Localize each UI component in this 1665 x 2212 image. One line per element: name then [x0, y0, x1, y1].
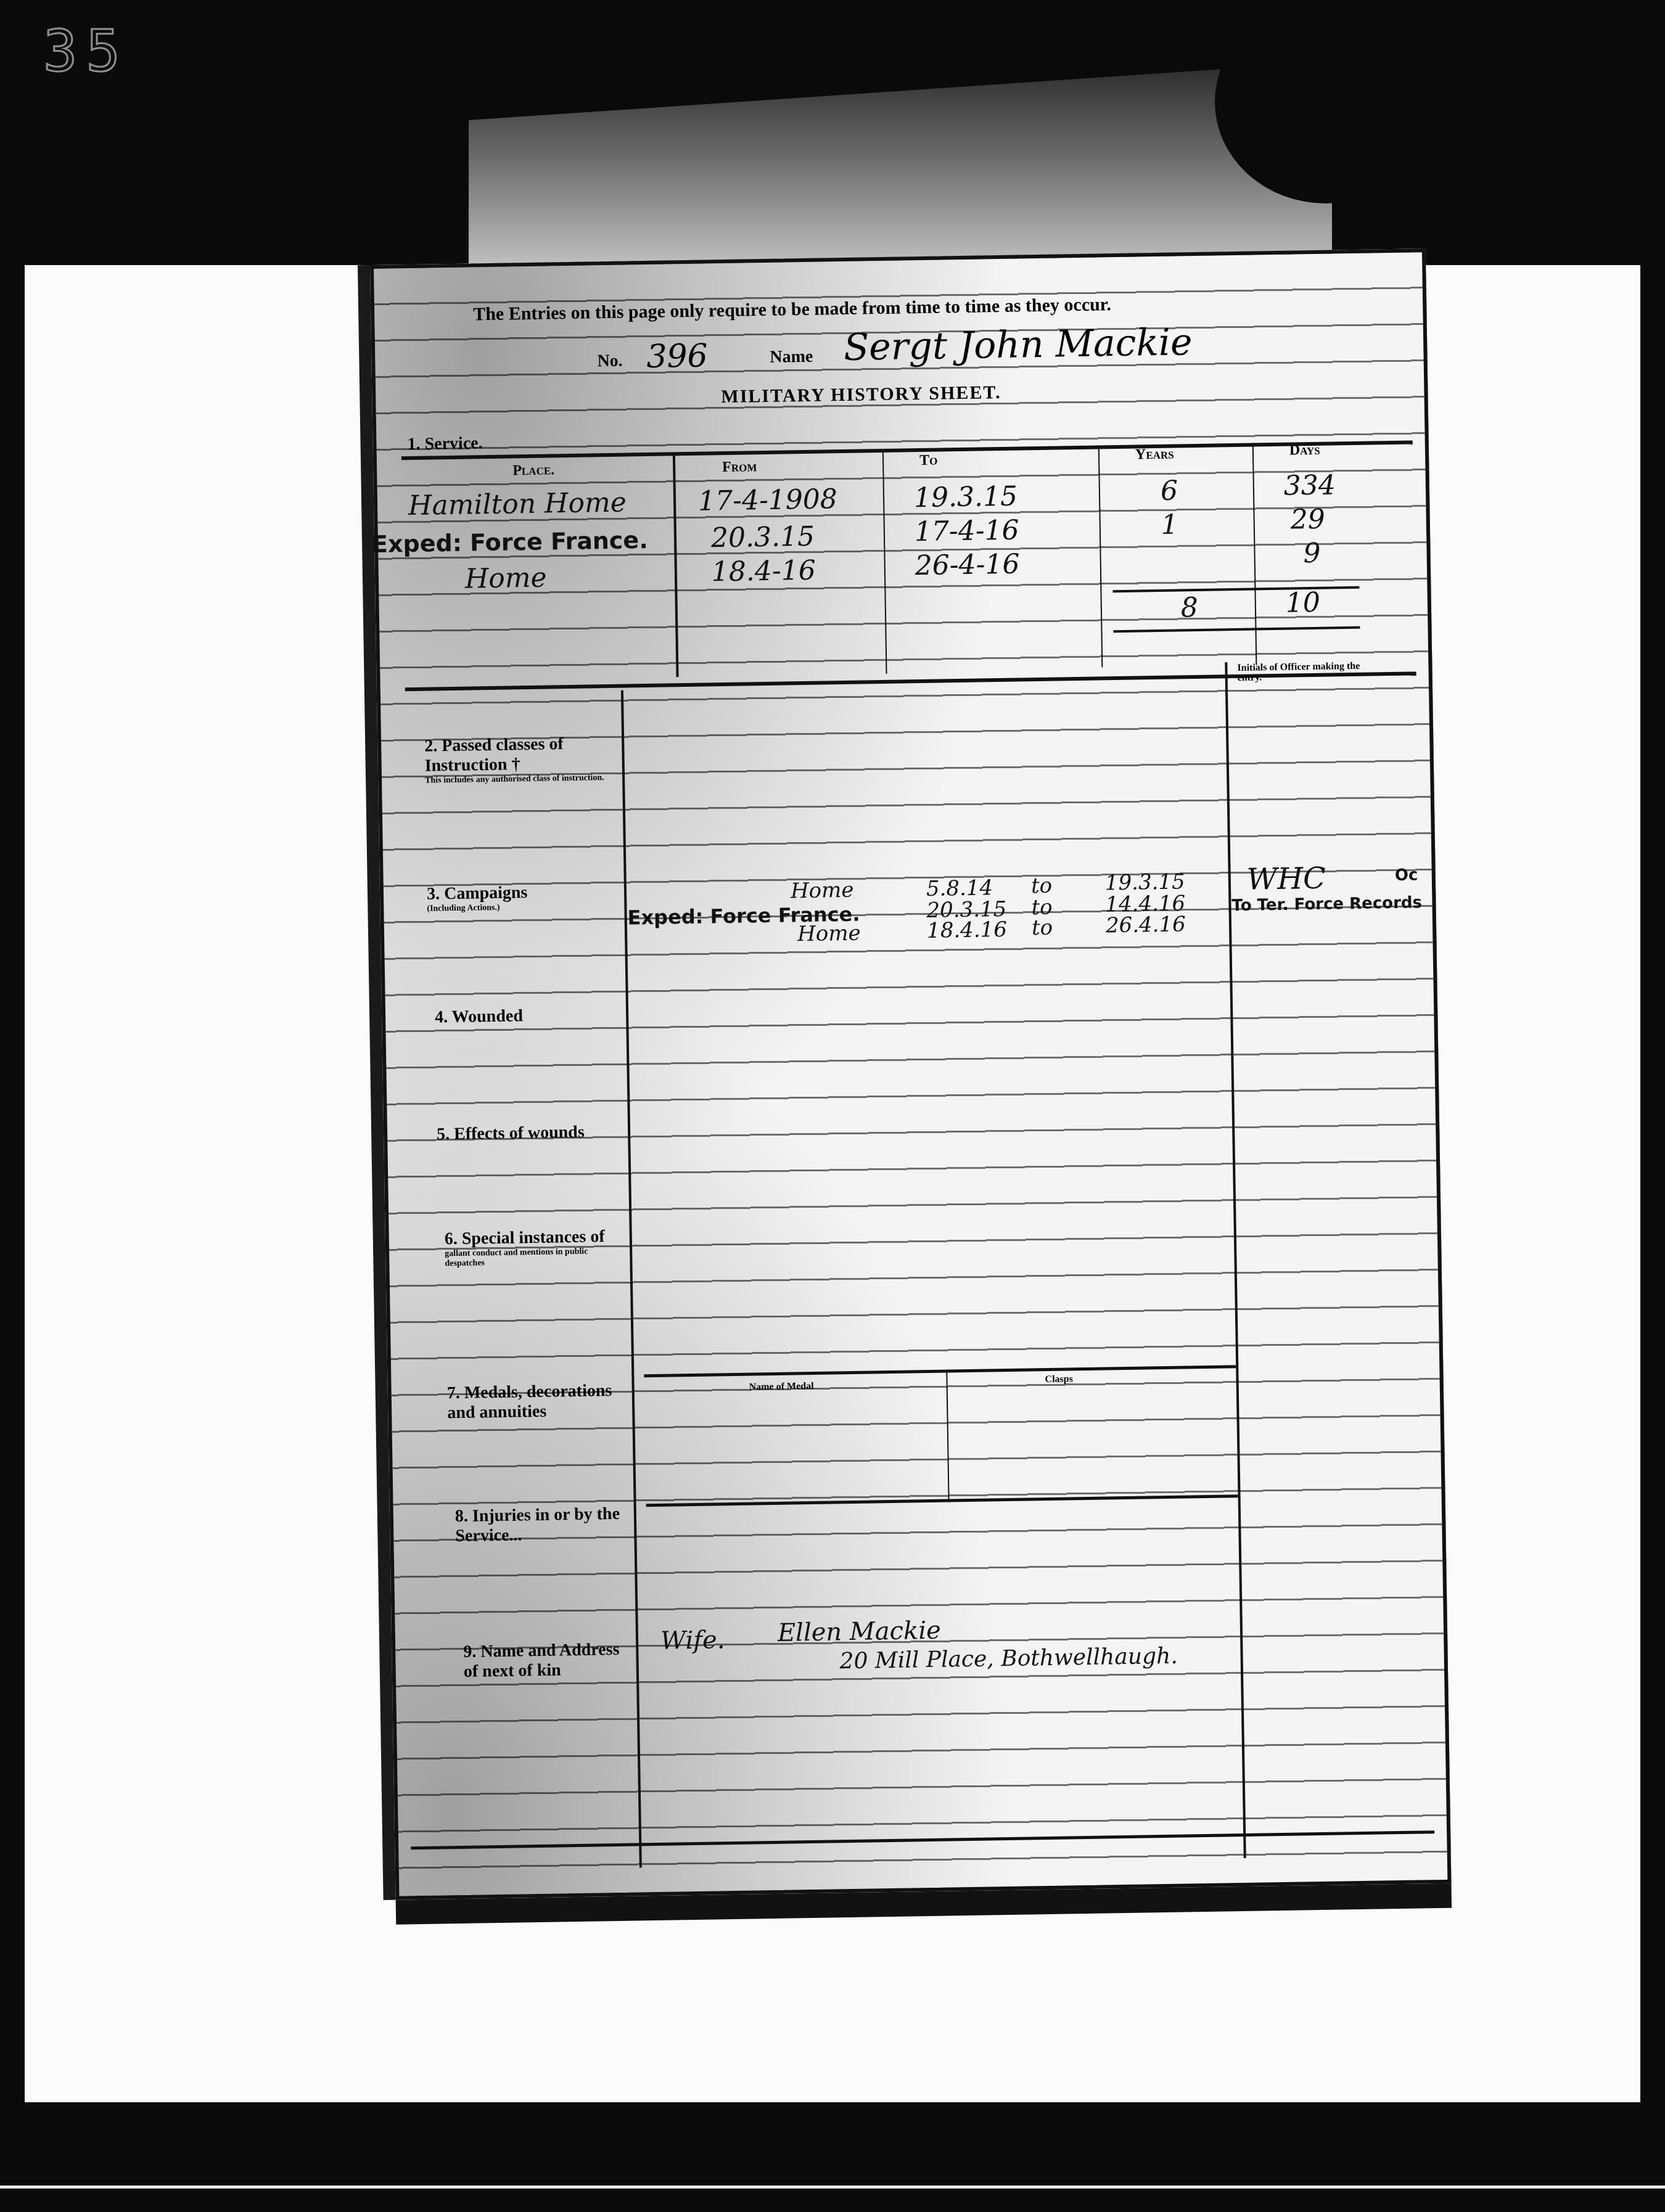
section-special-instances: 6. Special instances of gallant conduct … [445, 1227, 630, 1269]
to-date: 19.3.15 [914, 481, 1018, 514]
service-number: 396 [646, 337, 708, 375]
initials-header: Initials of Officer making the entry. [1237, 662, 1360, 683]
section-next-of-kin: 9. Name and Address of next of kin [463, 1640, 630, 1682]
ter-force-records-stamp: To Ter. Force Records [1231, 893, 1422, 915]
place: Hamilton Home [408, 487, 627, 522]
section-campaigns: 3. Campaigns (Including Actions.) [427, 882, 612, 914]
col-divider [1098, 445, 1103, 667]
medals-col-divider [946, 1373, 949, 1502]
number-label: No. [597, 351, 623, 372]
total-rule [1112, 586, 1359, 592]
sheet-bottom-rule [411, 1830, 1434, 1849]
kin-relation: Wife. [660, 1626, 725, 1655]
days: 334 [1283, 469, 1336, 501]
total-years: 8 [1180, 592, 1198, 623]
col-years: Years [1135, 446, 1174, 464]
col-to: To [919, 453, 938, 469]
section-label: 2. Passed classes of Instruction † [424, 734, 564, 776]
total-days: 10 [1285, 587, 1320, 619]
section-medals: 7. Medals, decorations and annuities [447, 1381, 627, 1423]
days: 9 [1303, 538, 1321, 569]
section-injuries: 8. Injuries in or by the Service... [455, 1504, 628, 1547]
label-column-divider [621, 690, 642, 1868]
military-history-sheet: The Entries on this page only require to… [370, 248, 1451, 1900]
medals-table-top [644, 1365, 1236, 1377]
years: 1 [1161, 509, 1178, 540]
col-divider [882, 452, 887, 674]
years: 6 [1161, 475, 1178, 506]
col-divider [1252, 443, 1257, 665]
scan-border-right [1640, 265, 1665, 2102]
to-date: 26-4-16 [915, 549, 1019, 582]
section-sublabel: (Including Actions.) [427, 901, 612, 914]
campaign-from: 18.4.16 [927, 917, 1007, 943]
punch-hole [1215, 0, 1437, 203]
section-label: 6. Special instances of [445, 1227, 605, 1248]
from-date: 17-4-1908 [698, 483, 837, 517]
col-from: From [722, 459, 757, 476]
col-place: Place. [512, 462, 554, 479]
medal-name-header: Name of Medal [749, 1381, 814, 1393]
total-rule [1113, 626, 1360, 633]
scan-border-line [0, 2185, 1665, 2189]
frame-number: 35 [43, 18, 129, 84]
section-passed-classes: 2. Passed classes of Instruction † This … [424, 734, 610, 786]
place: Exped: Force France. [372, 526, 648, 558]
name-label: Name [770, 347, 813, 367]
kin-name: Ellen Mackie [778, 1616, 942, 1647]
col-days: Days [1289, 442, 1320, 459]
section-sublabel: gallant conduct and mentions in public d… [445, 1247, 630, 1269]
from-date: 18.4-16 [711, 555, 816, 588]
service-label: 1. Service. [407, 433, 483, 454]
from-date: 20.3.15 [711, 521, 815, 554]
to-date: 17-4-16 [915, 515, 1019, 548]
header-note: The Entries on this page only require to… [473, 294, 1111, 325]
section-effects-of-wounds: 5. Effects of wounds [437, 1121, 634, 1144]
divider [401, 440, 1413, 460]
kin-address: 20 Mill Place, Bothwellhaugh. [839, 1644, 1178, 1674]
section-label: 3. Campaigns [427, 883, 528, 904]
section-wounded: 4. Wounded [435, 1005, 620, 1028]
days: 29 [1290, 504, 1325, 536]
place: Home [465, 562, 547, 595]
initials-column-divider [1225, 662, 1246, 1858]
campaign-place: Home [797, 921, 861, 947]
soldier-name: Sergt John Mackie [844, 321, 1193, 369]
stamp-partial: Oc [1395, 866, 1418, 885]
campaign-to: 26.4.16 [1106, 912, 1186, 938]
campaign-place: Home [791, 878, 854, 904]
campaign-sep: to [1032, 916, 1053, 941]
medals-table-bottom [646, 1494, 1238, 1507]
clasps-header: Clasps [1045, 1374, 1073, 1385]
page-title: MILITARY HISTORY SHEET. [721, 382, 1001, 408]
col-divider [673, 455, 679, 677]
section-sublabel: This includes any authorised class of in… [425, 773, 610, 786]
officer-initials: WHC [1246, 861, 1326, 897]
